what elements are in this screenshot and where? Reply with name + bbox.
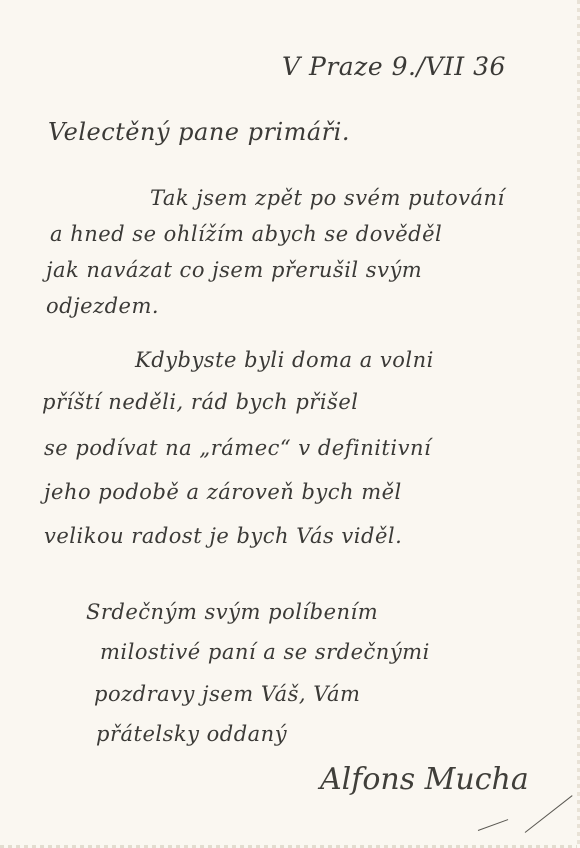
letter-line: velikou radost je bych Vás viděl.	[44, 524, 402, 548]
letter-line: Kdybyste byli doma a volni	[135, 348, 434, 372]
letter-line: odjezdem.	[46, 294, 159, 318]
letter-line: jeho podobě a zároveň bych měl	[44, 480, 402, 504]
letter-line: a hned se ohlížím abych se dověděl	[50, 222, 442, 246]
signature: Alfons Mucha	[320, 762, 529, 797]
letter-line: milostivé paní a se srdečnými	[100, 640, 430, 664]
letter-line: pozdravy jsem Váš, Vám	[94, 682, 360, 706]
place-date: V Praze 9./VII 36	[282, 52, 506, 81]
letter-line: příští neděli, rád bych přišel	[42, 390, 358, 414]
letter-line: Tak jsem zpět po svém putování	[150, 186, 505, 210]
letter-line: jak navázat co jsem přerušil svým	[46, 258, 422, 282]
salutation: Velectěný pane primáři.	[48, 118, 350, 146]
letter-page: V Praze 9./VII 36 Velectěný pane primáři…	[0, 0, 580, 848]
letter-line: se podívat na „rámec“ v definitivní	[44, 436, 431, 460]
letter-line: Srdečným svým políbením	[86, 600, 378, 624]
signature-flourish	[525, 795, 573, 833]
letter-line: přátelsky oddaný	[96, 722, 287, 746]
signature-flourish	[478, 819, 508, 831]
